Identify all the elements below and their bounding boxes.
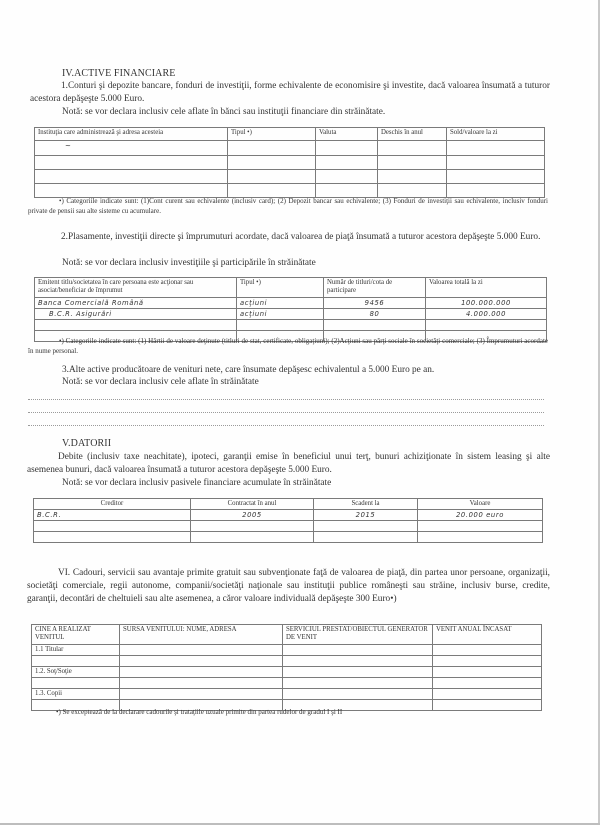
table-header-row: Creditor Contractat în anul Scadent la V… [34,499,543,510]
column-header: Emitent titlu/societatea în care persoan… [35,278,237,298]
table-cell [34,521,191,532]
column-header: Tipul •) [237,278,324,298]
table-row [35,320,547,331]
blank-dotted-line [28,412,544,413]
table-cell: acţiuni [237,309,324,320]
table-cell [35,170,228,184]
section-iv-item2-text: 2.Plasamente, investiţii directe şi împr… [30,231,550,244]
table-cell [378,156,447,170]
table-header-row: CINE A REALIZAT VENITUL SURSA VENITULUI:… [32,625,542,645]
section-iv-title: IV.ACTIVE FINANCIARE [62,68,175,79]
section-v-title: V.DATORII [62,438,111,449]
table-cell: 1.1 Titular [32,645,120,656]
table-cell [237,320,324,331]
table-cell [283,689,433,700]
table-cell [120,667,283,678]
section-iv-item1-footnote: •) Categoriile indicate sunt: (1)Cont cu… [28,196,548,216]
table-cell: Banca Comercială Română [35,298,237,309]
table-row [34,532,543,543]
section-iv-item2-note: Notă: se vor declara inclusiv investiţii… [62,258,316,268]
table-cell [120,678,283,689]
table-cell [433,678,542,689]
section-iv-item3-text: 3.Alte active producătoare de venituri n… [62,364,552,377]
table-cell: 100.000.000 [426,298,547,309]
table-cell [447,156,545,170]
table-row: 1.3. Copii [32,689,542,700]
section-v-text: Debite (inclusiv taxe neachitate), ipote… [27,451,550,477]
section-iv-item1-text: 1.Conturi şi depozite bancare, fonduri d… [30,80,550,106]
column-header: Scadent la [314,499,418,510]
table-row: Banca Comercială Română acţiuni 9456 100… [35,298,547,309]
table-cell [120,689,283,700]
column-header: Valoarea totală la zi [426,278,547,298]
table-row: B.C.R. Asigurări acţiuni 80 4.000.000 [35,309,547,320]
table-cell [228,170,316,184]
table-cell [283,645,433,656]
table-row [35,170,545,184]
table-cell [447,170,545,184]
table-cell [120,656,283,667]
column-header: Deschis în anul [378,128,447,141]
table-cell [426,320,547,331]
table-cell [316,170,378,184]
table-cell [191,521,314,532]
table-row [32,656,542,667]
table-cell: 4.000.000 [426,309,547,320]
table-row: 1.2. Soţ/Soţie [32,667,542,678]
table-cell [32,678,120,689]
table-header-row: Emitent titlu/societatea în care persoan… [35,278,547,298]
gifts-table: CINE A REALIZAT VENITUL SURSA VENITULUI:… [31,624,542,711]
table-cell: B.C.R. Asigurări [35,309,237,320]
table-cell [316,141,378,156]
table-cell: 80 [324,309,426,320]
column-header: Creditor [34,499,191,510]
section-vi-footnote: •) Se exceptează de la declarare cadouri… [56,707,546,717]
table-cell [228,156,316,170]
table-cell: 2015 [314,510,418,521]
table-cell [433,645,542,656]
table-cell [378,141,447,156]
table-cell [34,532,191,543]
table-cell [433,656,542,667]
table-cell: acţiuni [237,298,324,309]
table-row [35,156,545,170]
column-header: Valoare [418,499,543,510]
table-cell [378,170,447,184]
table-cell [418,532,543,543]
column-header: Sold/valoare la zi [447,128,545,141]
table-cell [35,156,228,170]
section-iv-item1-note: Notă: se vor declara inclusiv cele aflat… [62,107,385,117]
investments-table: Emitent titlu/societatea în care persoan… [34,277,547,342]
table-cell: ~ [35,141,228,156]
document-page: IV.ACTIVE FINANCIARE 1.Conturi şi depozi… [0,0,600,825]
table-header-row: Instituţia care administrează şi adresa … [35,128,545,141]
table-cell [35,320,237,331]
debts-table: Creditor Contractat în anul Scadent la V… [33,498,543,543]
column-header: Număr de titluri/cota de participare [324,278,426,298]
blank-dotted-line [28,425,544,426]
table-row [32,678,542,689]
column-header: Instituţia care administrează şi adresa … [35,128,228,141]
column-header: CINE A REALIZAT VENITUL [32,625,120,645]
table-row: 1.1 Titular [32,645,542,656]
table-row: B.C.R. 2005 2015 20.000 euro [34,510,543,521]
section-v-note: Notă: se vor declara inclusiv pasivele f… [62,478,331,488]
column-header: Tipul •) [228,128,316,141]
table-cell [433,667,542,678]
column-header: Contractat în anul [191,499,314,510]
section-vi-text: VI. Cadouri, servicii sau avantaje primi… [27,567,550,606]
table-cell [324,320,426,331]
table-cell [418,521,543,532]
table-cell: 1.2. Soţ/Soţie [32,667,120,678]
table-cell: 2005 [191,510,314,521]
table-cell [32,656,120,667]
column-header: SERVICIUL PRESTAT/OBIECTUL GENERATOR DE … [283,625,433,645]
table-cell: B.C.R. [34,510,191,521]
table-row [34,521,543,532]
column-header: SURSA VENITULUI: NUME, ADRESA [120,625,283,645]
table-cell [283,678,433,689]
table-cell: 1.3. Copii [32,689,120,700]
section-iv-item2-footnote: •) Categoriile indicate sunt: (1) Hârtii… [28,336,548,356]
column-header: Valuta [316,128,378,141]
blank-dotted-line [28,399,544,400]
table-cell [316,156,378,170]
table-cell: 9456 [324,298,426,309]
table-cell [228,141,316,156]
table-cell [447,141,545,156]
column-header: VENIT ANUAL ÎNCASAT [433,625,542,645]
table-cell [120,645,283,656]
table-cell [191,532,314,543]
table-cell: 20.000 euro [418,510,543,521]
table-row: ~ [35,141,545,156]
table-cell [283,656,433,667]
table-cell [314,521,418,532]
table-cell [433,689,542,700]
bank-accounts-table: Instituţia care administrează şi adresa … [34,127,545,198]
table-cell [314,532,418,543]
section-iv-item3-note: Notă: se vor declara inclusiv cele aflat… [62,377,259,387]
table-cell [283,667,433,678]
